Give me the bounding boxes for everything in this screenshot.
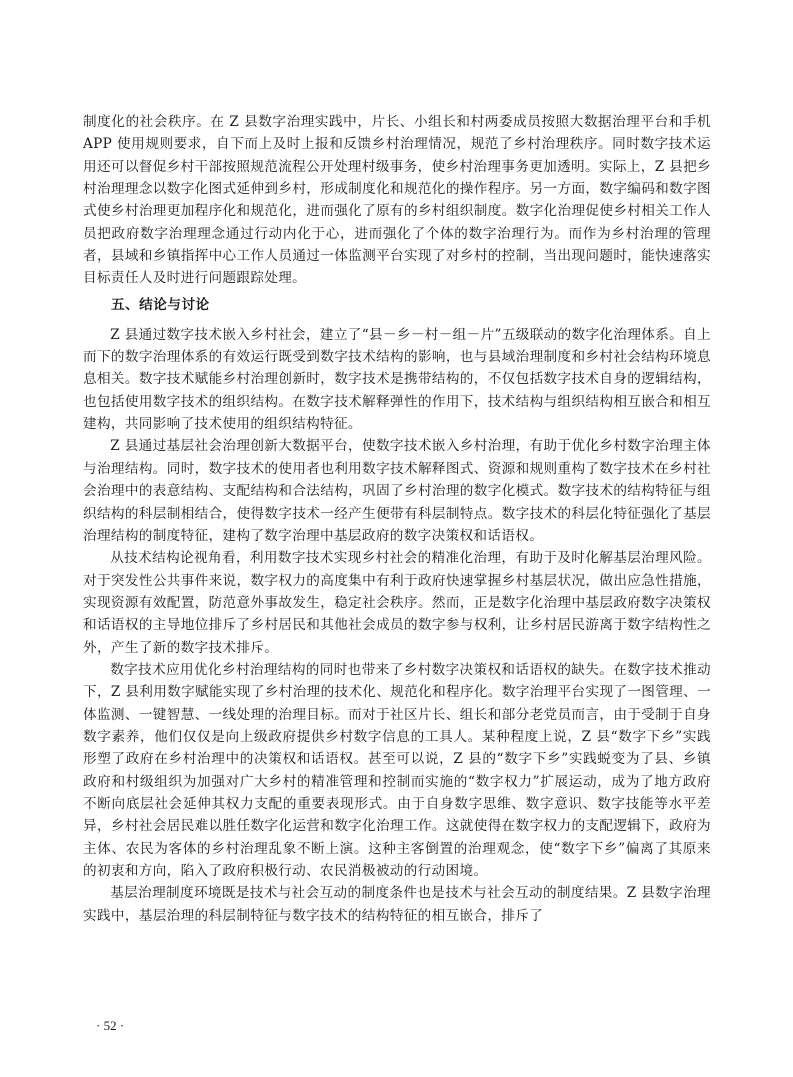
- section-heading: 五、结论与讨论: [83, 294, 711, 316]
- page-number: · 52 ·: [96, 1018, 124, 1034]
- paragraph: 数字技术应用优化乡村治理结构的同时也带来了乡村数字决策权和话语权的缺失。在数字技…: [83, 659, 711, 882]
- paragraph: Z 县通过数字技术嵌入乡村社会，建立了“县－乡－村－组－片”五级联动的数字化治理…: [83, 324, 711, 436]
- paragraph: Z 县通过基层社会治理创新大数据平台，使数字技术嵌入乡村治理，有助于优化乡村数字…: [83, 435, 711, 547]
- paragraph: 基层治理制度环境既是技术与社会互动的制度条件也是技术与社会互动的制度结果。Z 县…: [83, 882, 711, 927]
- paragraph: 从技术结构论视角看，利用数字技术实现乡村社会的精准化治理，有助于及时化解基层治理…: [83, 547, 711, 659]
- paragraph-continued: 制度化的社会秩序。在 Z 县数字治理实践中，片长、小组长和村两委成员按照大数据治…: [83, 111, 711, 290]
- page-body: 制度化的社会秩序。在 Z 县数字治理实践中，片长、小组长和村两委成员按照大数据治…: [83, 111, 711, 927]
